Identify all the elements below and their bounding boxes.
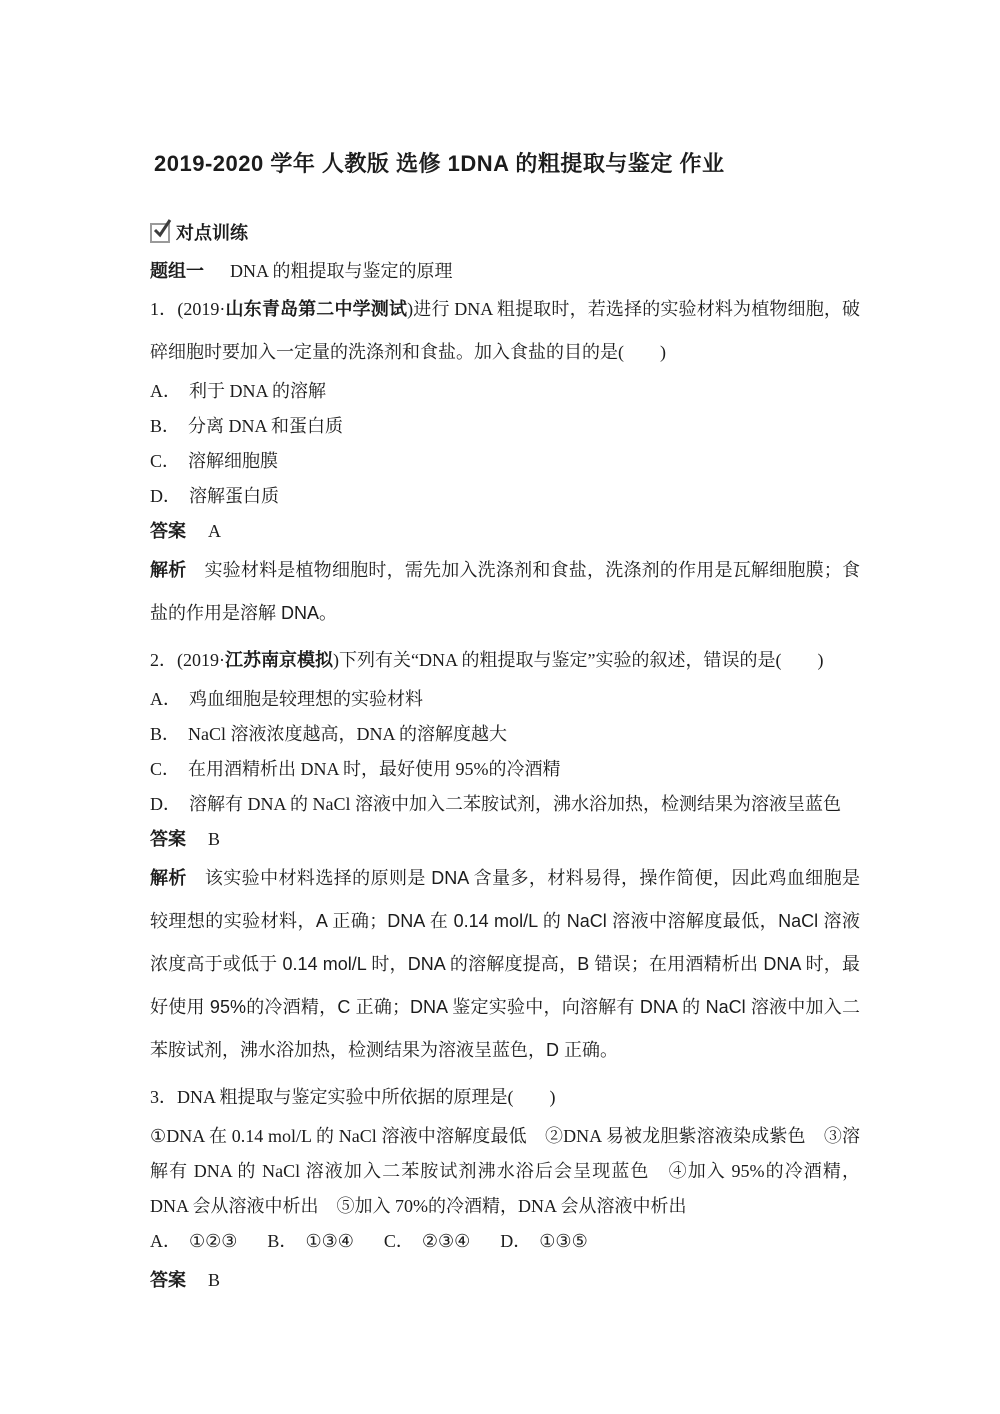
option-line: B．分离 DNA 和蛋白质 — [150, 409, 860, 444]
option-text: 溶解细胞膜 — [188, 451, 278, 471]
answer-line: 答案B — [150, 822, 860, 857]
analysis-text: 该实验中材料选择的原则是 DNA 含量多，材料易得，操作简便，因此鸡血细胞是较理… — [150, 868, 860, 1060]
option-text: 分离 DNA 和蛋白质 — [188, 416, 343, 436]
page-title: 2019-2020 学年 人教版 选修 1DNA 的粗提取与鉴定 作业 — [154, 148, 860, 180]
option-text: 在用酒精析出 DNA 时，最好使用 95%的冷酒精 — [188, 759, 561, 779]
question-number: 2． — [150, 650, 177, 670]
answer-value: B — [208, 829, 220, 849]
option-letter: A． — [150, 1231, 181, 1251]
option-letter: B． — [267, 1231, 297, 1251]
option-letter: C． — [384, 1231, 414, 1251]
question-block-3: 3．DNA 粗提取与鉴定实验中所依据的原理是( ) ①DNA 在 0.14 mo… — [150, 1076, 860, 1298]
worksheet-page: 2019-2020 学年 人教版 选修 1DNA 的粗提取与鉴定 作业 对点训练… — [0, 0, 1000, 1414]
question-source-pre: (2019· — [177, 650, 225, 670]
option-line: C．溶解细胞膜 — [150, 444, 860, 479]
option-letter: B． — [150, 416, 180, 436]
training-section-label: 对点训练 — [176, 220, 248, 246]
answer-line: 答案A — [150, 514, 860, 549]
option-inline: D．①③⑤ — [500, 1224, 587, 1259]
answer-value: B — [208, 1270, 220, 1290]
analysis-paragraph: 解析该实验中材料选择的原则是 DNA 含量多，材料易得，操作简便，因此鸡血细胞是… — [150, 857, 860, 1072]
option-line: A．鸡血细胞是较理想的实验材料 — [150, 682, 860, 717]
option-text: ①③⑤ — [539, 1231, 587, 1251]
option-line: C．在用酒精析出 DNA 时，最好使用 95%的冷酒精 — [150, 752, 860, 787]
question-number: 1． — [150, 299, 177, 319]
question-source-pre: (2019· — [177, 299, 225, 319]
option-letter: D． — [150, 794, 181, 814]
option-letter: A． — [150, 381, 181, 401]
option-line: A．利于 DNA 的溶解 — [150, 374, 860, 409]
option-line: B．NaCl 溶液浓度越高，DNA 的溶解度越大 — [150, 717, 860, 752]
question-stem-text: )下列有关“DNA 的粗提取与鉴定”实验的叙述，错误的是( ) — [333, 650, 823, 670]
question-stem: 2．(2019·江苏南京模拟)下列有关“DNA 的粗提取与鉴定”实验的叙述，错误… — [150, 639, 860, 682]
group-title: DNA 的粗提取与鉴定的原理 — [230, 261, 453, 281]
training-section-header: 对点训练 — [150, 220, 860, 246]
answer-value: A — [208, 521, 221, 541]
option-letter: D． — [500, 1231, 531, 1251]
checked-checkbox-icon — [150, 223, 170, 243]
question-stem: 3．DNA 粗提取与鉴定实验中所依据的原理是( ) — [150, 1076, 860, 1119]
options-inline-line: A．①②③B．①③④C．②③④D．①③⑤ — [150, 1224, 860, 1259]
option-letter: B． — [150, 724, 180, 744]
option-inline: A．①②③ — [150, 1224, 237, 1259]
analysis-label: 解析 — [150, 868, 187, 888]
group-label: 题组一 — [150, 261, 204, 281]
question-source: 江苏南京模拟 — [225, 650, 333, 670]
option-text: ①②③ — [189, 1231, 237, 1251]
option-inline: C．②③④ — [384, 1224, 470, 1259]
answer-label: 答案 — [150, 521, 186, 541]
question-source: 山东青岛第二中学测试 — [225, 299, 407, 319]
option-text: 利于 DNA 的溶解 — [189, 381, 326, 401]
answer-line: 答案B — [150, 1263, 860, 1298]
question-block-2: 2．(2019·江苏南京模拟)下列有关“DNA 的粗提取与鉴定”实验的叙述，错误… — [150, 639, 860, 1072]
option-line: D．溶解有 DNA 的 NaCl 溶液中加入二苯胺试剂，沸水浴加热，检测结果为溶… — [150, 787, 860, 822]
analysis-paragraph: 解析实验材料是植物细胞时，需先加入洗涤剂和食盐，洗涤剂的作用是瓦解细胞膜；食盐的… — [150, 549, 860, 635]
answer-label: 答案 — [150, 829, 186, 849]
option-inline: B．①③④ — [267, 1224, 353, 1259]
option-text: NaCl 溶液浓度越高，DNA 的溶解度越大 — [188, 724, 507, 744]
option-letter: A． — [150, 689, 181, 709]
option-text: 鸡血细胞是较理想的实验材料 — [189, 689, 423, 709]
question-stem: 1．(2019·山东青岛第二中学测试)进行 DNA 粗提取时，若选择的实验材料为… — [150, 288, 860, 374]
answer-label: 答案 — [150, 1270, 186, 1290]
option-line: D．溶解蛋白质 — [150, 479, 860, 514]
option-text: ①③④ — [305, 1231, 353, 1251]
analysis-text: 实验材料是植物细胞时，需先加入洗涤剂和食盐，洗涤剂的作用是瓦解细胞膜；食盐的作用… — [150, 560, 860, 623]
option-letter: C． — [150, 759, 180, 779]
question-stem-text: DNA 粗提取与鉴定实验中所依据的原理是( ) — [177, 1087, 556, 1107]
option-letter: D． — [150, 486, 181, 506]
question-number: 3． — [150, 1087, 177, 1107]
option-text: ②③④ — [422, 1231, 470, 1251]
question-block-1: 1．(2019·山东青岛第二中学测试)进行 DNA 粗提取时，若选择的实验材料为… — [150, 288, 860, 635]
analysis-label: 解析 — [150, 560, 186, 580]
option-text: 溶解蛋白质 — [189, 486, 279, 506]
question-group-line: 题组一DNA 的粗提取与鉴定的原理 — [150, 258, 860, 284]
option-letter: C． — [150, 451, 180, 471]
numbered-items-paragraph: ①DNA 在 0.14 mol/L 的 NaCl 溶液中溶解度最低 ②DNA 易… — [150, 1119, 860, 1224]
option-text: 溶解有 DNA 的 NaCl 溶液中加入二苯胺试剂，沸水浴加热，检测结果为溶液呈… — [189, 794, 841, 814]
